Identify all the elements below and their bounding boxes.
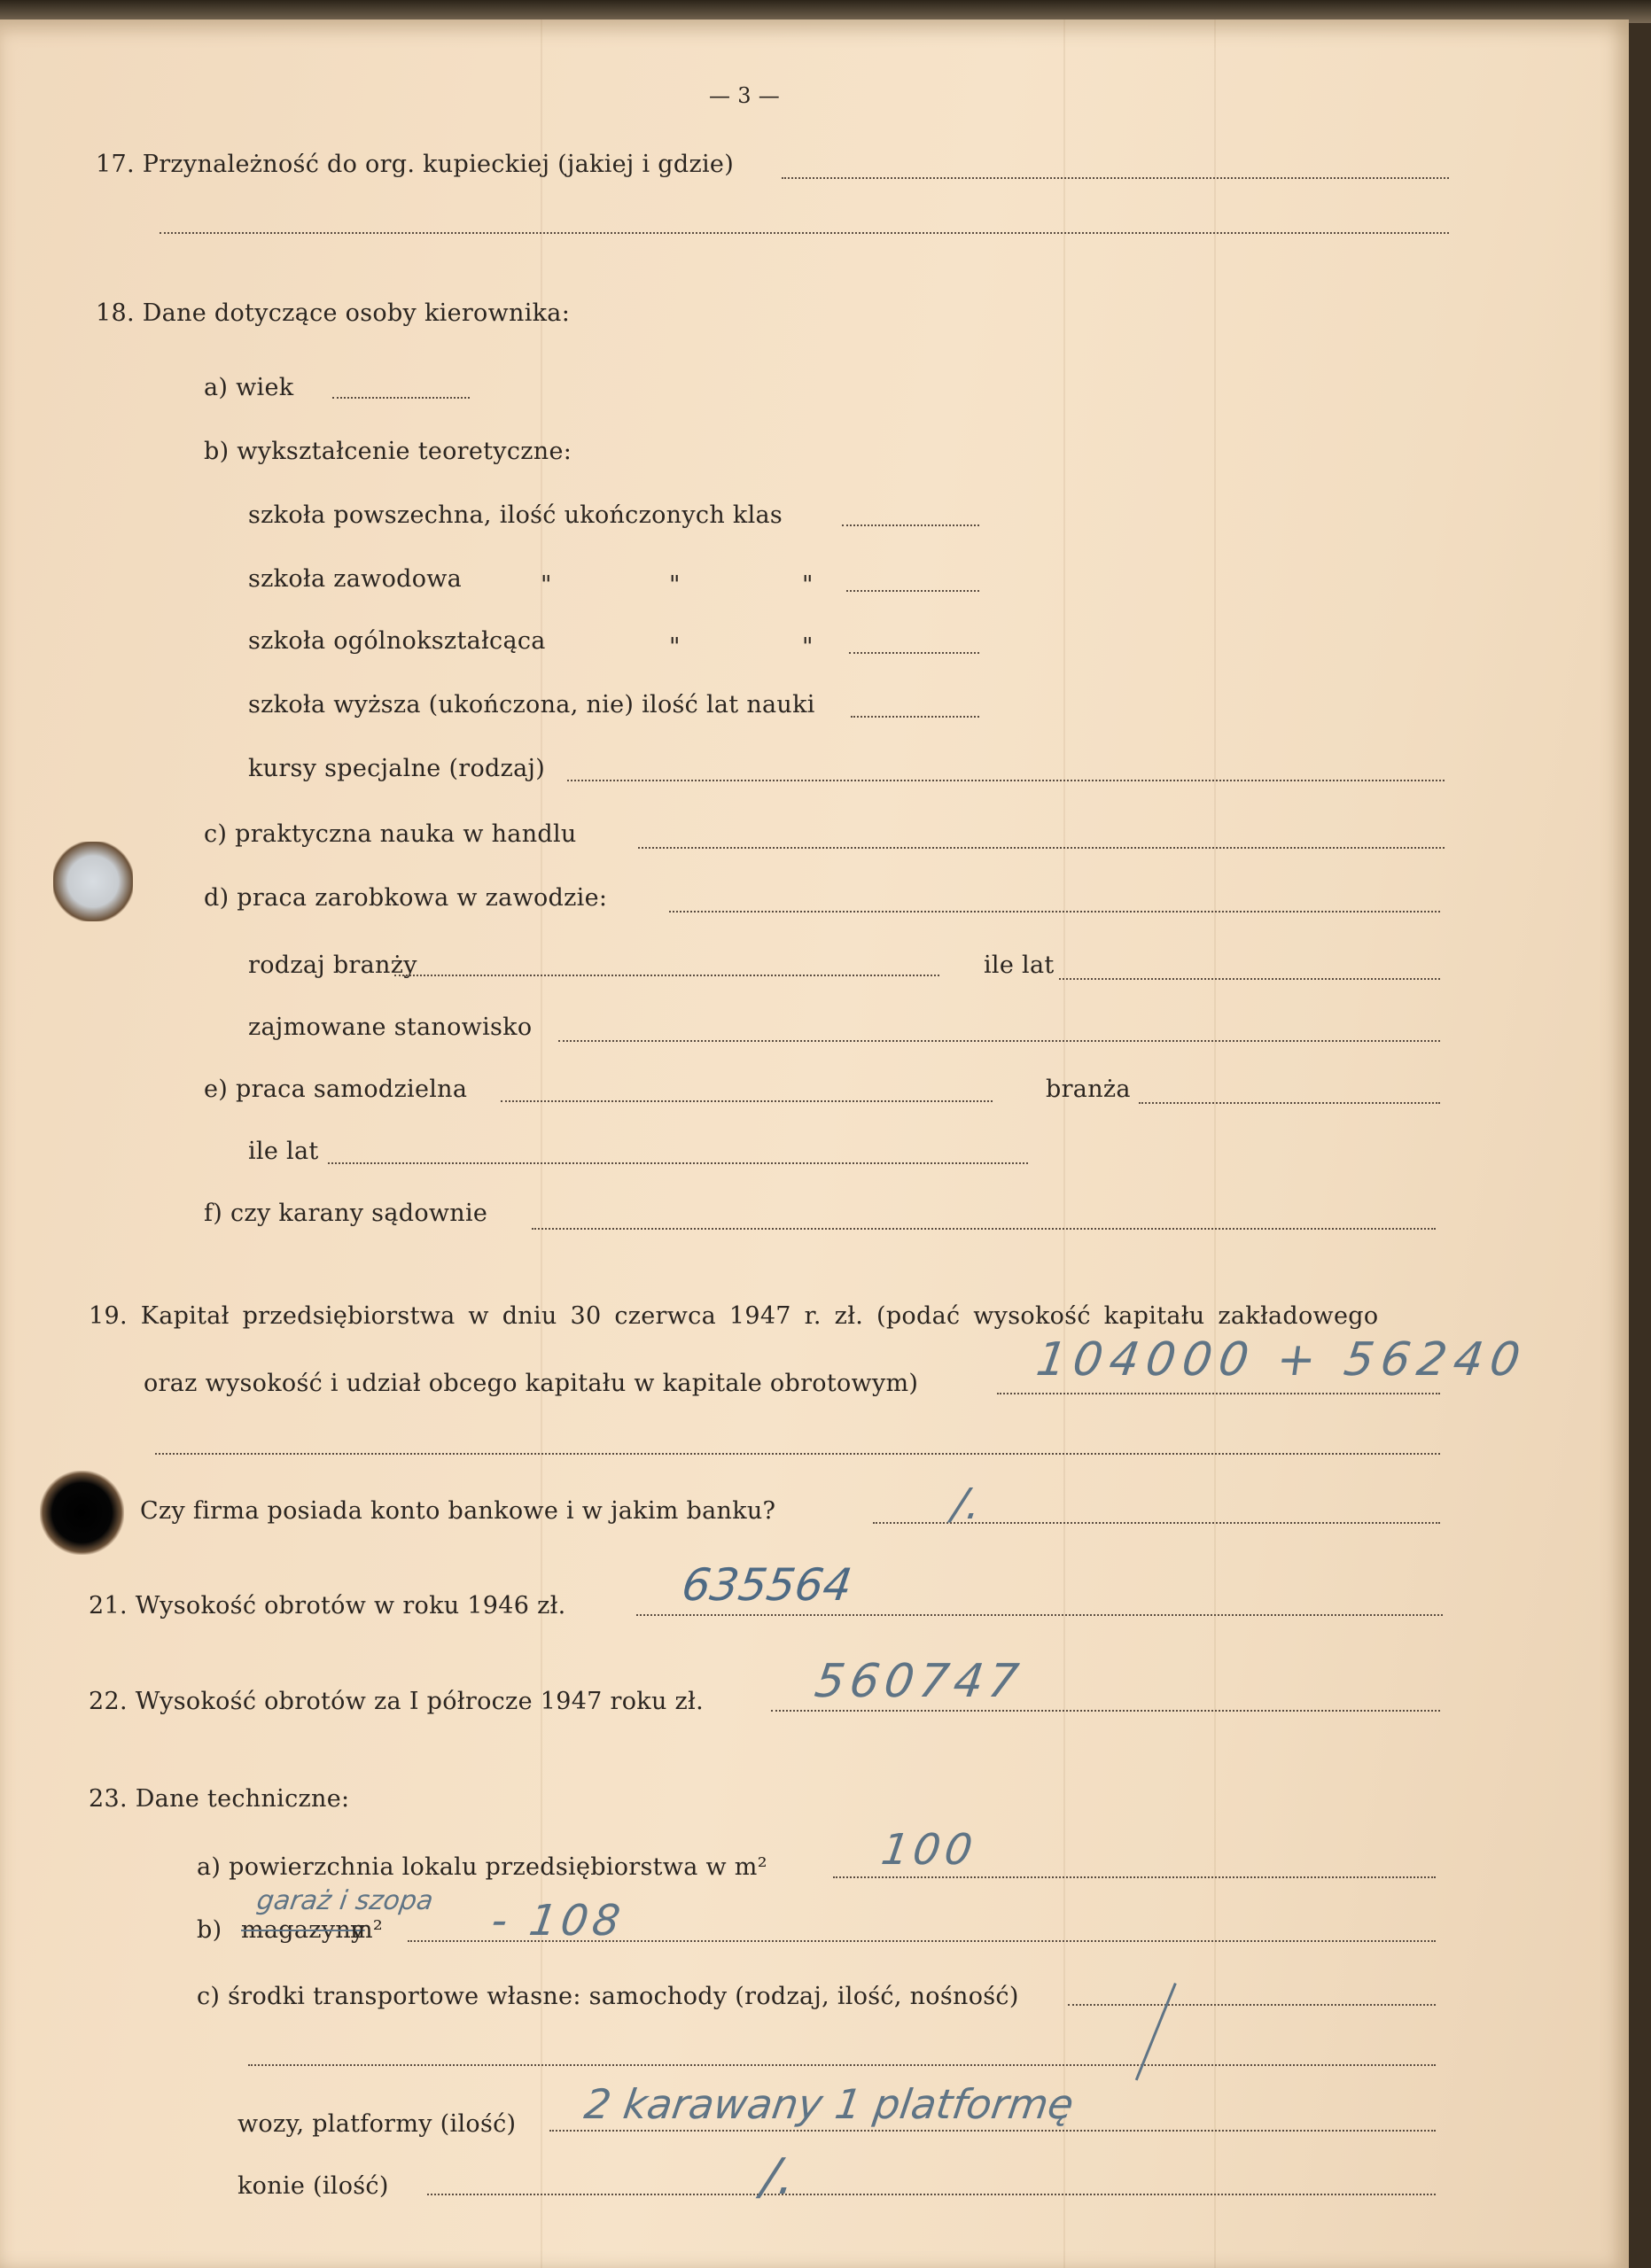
q18b-ogolnoksztalcaca-label: szkoła ogólnokształcąca xyxy=(248,627,546,655)
q22-handwritten-value: 560747 xyxy=(812,1655,1027,1708)
paper-fold xyxy=(1063,19,1065,2268)
q18b-kursy-label: kursy specjalne (rodzaj) xyxy=(248,755,545,782)
q23-wozy-label: wozy, platformy (ilość) xyxy=(238,2110,516,2138)
paper-fold xyxy=(1214,19,1216,2268)
q17-field[interactable] xyxy=(782,177,1449,179)
q21-field[interactable] xyxy=(636,1614,1443,1616)
paper-hole xyxy=(40,1471,124,1555)
q23-konie-label: konie (ilość) xyxy=(238,2172,389,2200)
q23a-label: a) powierzchnia lokalu przedsiębiorstwa … xyxy=(197,1853,767,1881)
q18b-wyzsza-field[interactable] xyxy=(851,716,979,718)
q23b-unit: m² xyxy=(350,1916,383,1944)
q23-wozy-field[interactable] xyxy=(549,2130,1436,2132)
q23a-handwritten-value: 100 xyxy=(878,1825,979,1875)
q18a-label: a) wiek xyxy=(204,374,293,401)
q18-label: 18. Dane dotyczące osoby kierownika: xyxy=(96,299,570,327)
q18d-label: d) praca zarobkowa w zawodzie: xyxy=(204,884,607,912)
q21-label: 21. Wysokość obrotów w roku 1946 zł. xyxy=(89,1592,566,1619)
q18b-powszechna-field[interactable] xyxy=(842,524,979,526)
q22-field[interactable] xyxy=(771,1710,1440,1712)
q18c-field[interactable] xyxy=(638,847,1445,849)
q17-label: 17. Przynależność do org. kupieckiej (ja… xyxy=(96,151,734,178)
q18e-label: e) praca samodzielna xyxy=(204,1076,467,1103)
q18d-ile-lat-label: ile lat xyxy=(984,951,1055,979)
q21-handwritten-value: 635564 xyxy=(679,1559,855,1611)
q18c-label: c) praktyczna nauka w handlu xyxy=(204,820,577,848)
q18d-ile-lat-field[interactable] xyxy=(1059,978,1440,980)
q18d-rodzaj-field[interactable] xyxy=(394,975,939,976)
q19-field-line2[interactable] xyxy=(155,1453,1440,1455)
q18d-rodzaj-label: rodzaj branży xyxy=(248,951,417,979)
q23b-label-struck: magazyny xyxy=(241,1916,365,1944)
q18d-stanowisko-label: zajmowane stanowisko xyxy=(248,1014,532,1041)
q18e-branza-label: branża xyxy=(1046,1076,1131,1103)
q19-field[interactable] xyxy=(997,1393,1440,1394)
q18e-branza-field[interactable] xyxy=(1139,1102,1440,1104)
q17-field-line2[interactable] xyxy=(160,232,1449,234)
q18b-zawodowa-label: szkoła zawodowa xyxy=(248,565,462,593)
q23-konie-field[interactable] xyxy=(427,2194,1436,2195)
q18e-ile-lat-label: ile lat xyxy=(248,1138,319,1165)
q18a-age-field[interactable] xyxy=(332,397,470,399)
q18b-label: b) wykształcenie teoretyczne: xyxy=(204,438,572,465)
q19-handwritten-value: 104000 + 56240 xyxy=(1033,1333,1530,1386)
ditto-mark: " xyxy=(541,571,552,599)
paper-hole xyxy=(53,842,133,921)
q22-label: 22. Wysokość obrotów za I półrocze 1947 … xyxy=(89,1688,704,1715)
q18e-field[interactable] xyxy=(501,1100,993,1102)
q18b-powszechna-label: szkoła powszechna, ilość ukończonych kla… xyxy=(248,501,783,529)
q18b-ogolnoksztalcaca-field[interactable] xyxy=(849,652,979,654)
q18f-label: f) czy karany sądownie xyxy=(204,1200,487,1227)
ditto-mark: " xyxy=(802,633,814,661)
q18b-zawodowa-field[interactable] xyxy=(846,590,979,592)
q18d-stanowisko-field[interactable] xyxy=(558,1040,1440,1042)
ditto-mark: " xyxy=(802,571,814,599)
q23b-handwritten-value: - 108 xyxy=(488,1896,627,1946)
q18b-kursy-field[interactable] xyxy=(567,780,1445,781)
page-number: — 3 — xyxy=(709,83,780,108)
q19-label-line2: oraz wysokość i udział obcego kapitału w… xyxy=(144,1370,918,1397)
q23b-prefix: b) xyxy=(197,1916,222,1944)
q23-wozy-handwritten-value: 2 karawany 1 platformę xyxy=(581,2080,1077,2128)
q23c-field-line2[interactable] xyxy=(248,2064,1436,2066)
q23a-field[interactable] xyxy=(833,1876,1436,1878)
q19-label-line1: 19. Kapitał przedsiębiorstwa w dniu 30 c… xyxy=(89,1302,1378,1330)
q18b-wyzsza-label: szkoła wyższa (ukończona, nie) ilość lat… xyxy=(248,691,815,718)
q23c-label: c) środki transportowe własne: samochody… xyxy=(197,1983,1019,2010)
q18f-field[interactable] xyxy=(532,1228,1436,1230)
ditto-mark: " xyxy=(669,633,681,661)
q23b-handwritten-annotation: garaż i szopa xyxy=(255,1885,435,1916)
q18e-ile-lat-field[interactable] xyxy=(328,1162,1028,1164)
q23c-field[interactable] xyxy=(1068,2004,1436,2006)
ditto-mark: " xyxy=(669,571,681,599)
q23-label: 23. Dane techniczne: xyxy=(89,1785,349,1813)
q20-label: Czy firma posiada konto bankowe i w jaki… xyxy=(140,1497,775,1525)
q18d-field[interactable] xyxy=(669,911,1440,913)
